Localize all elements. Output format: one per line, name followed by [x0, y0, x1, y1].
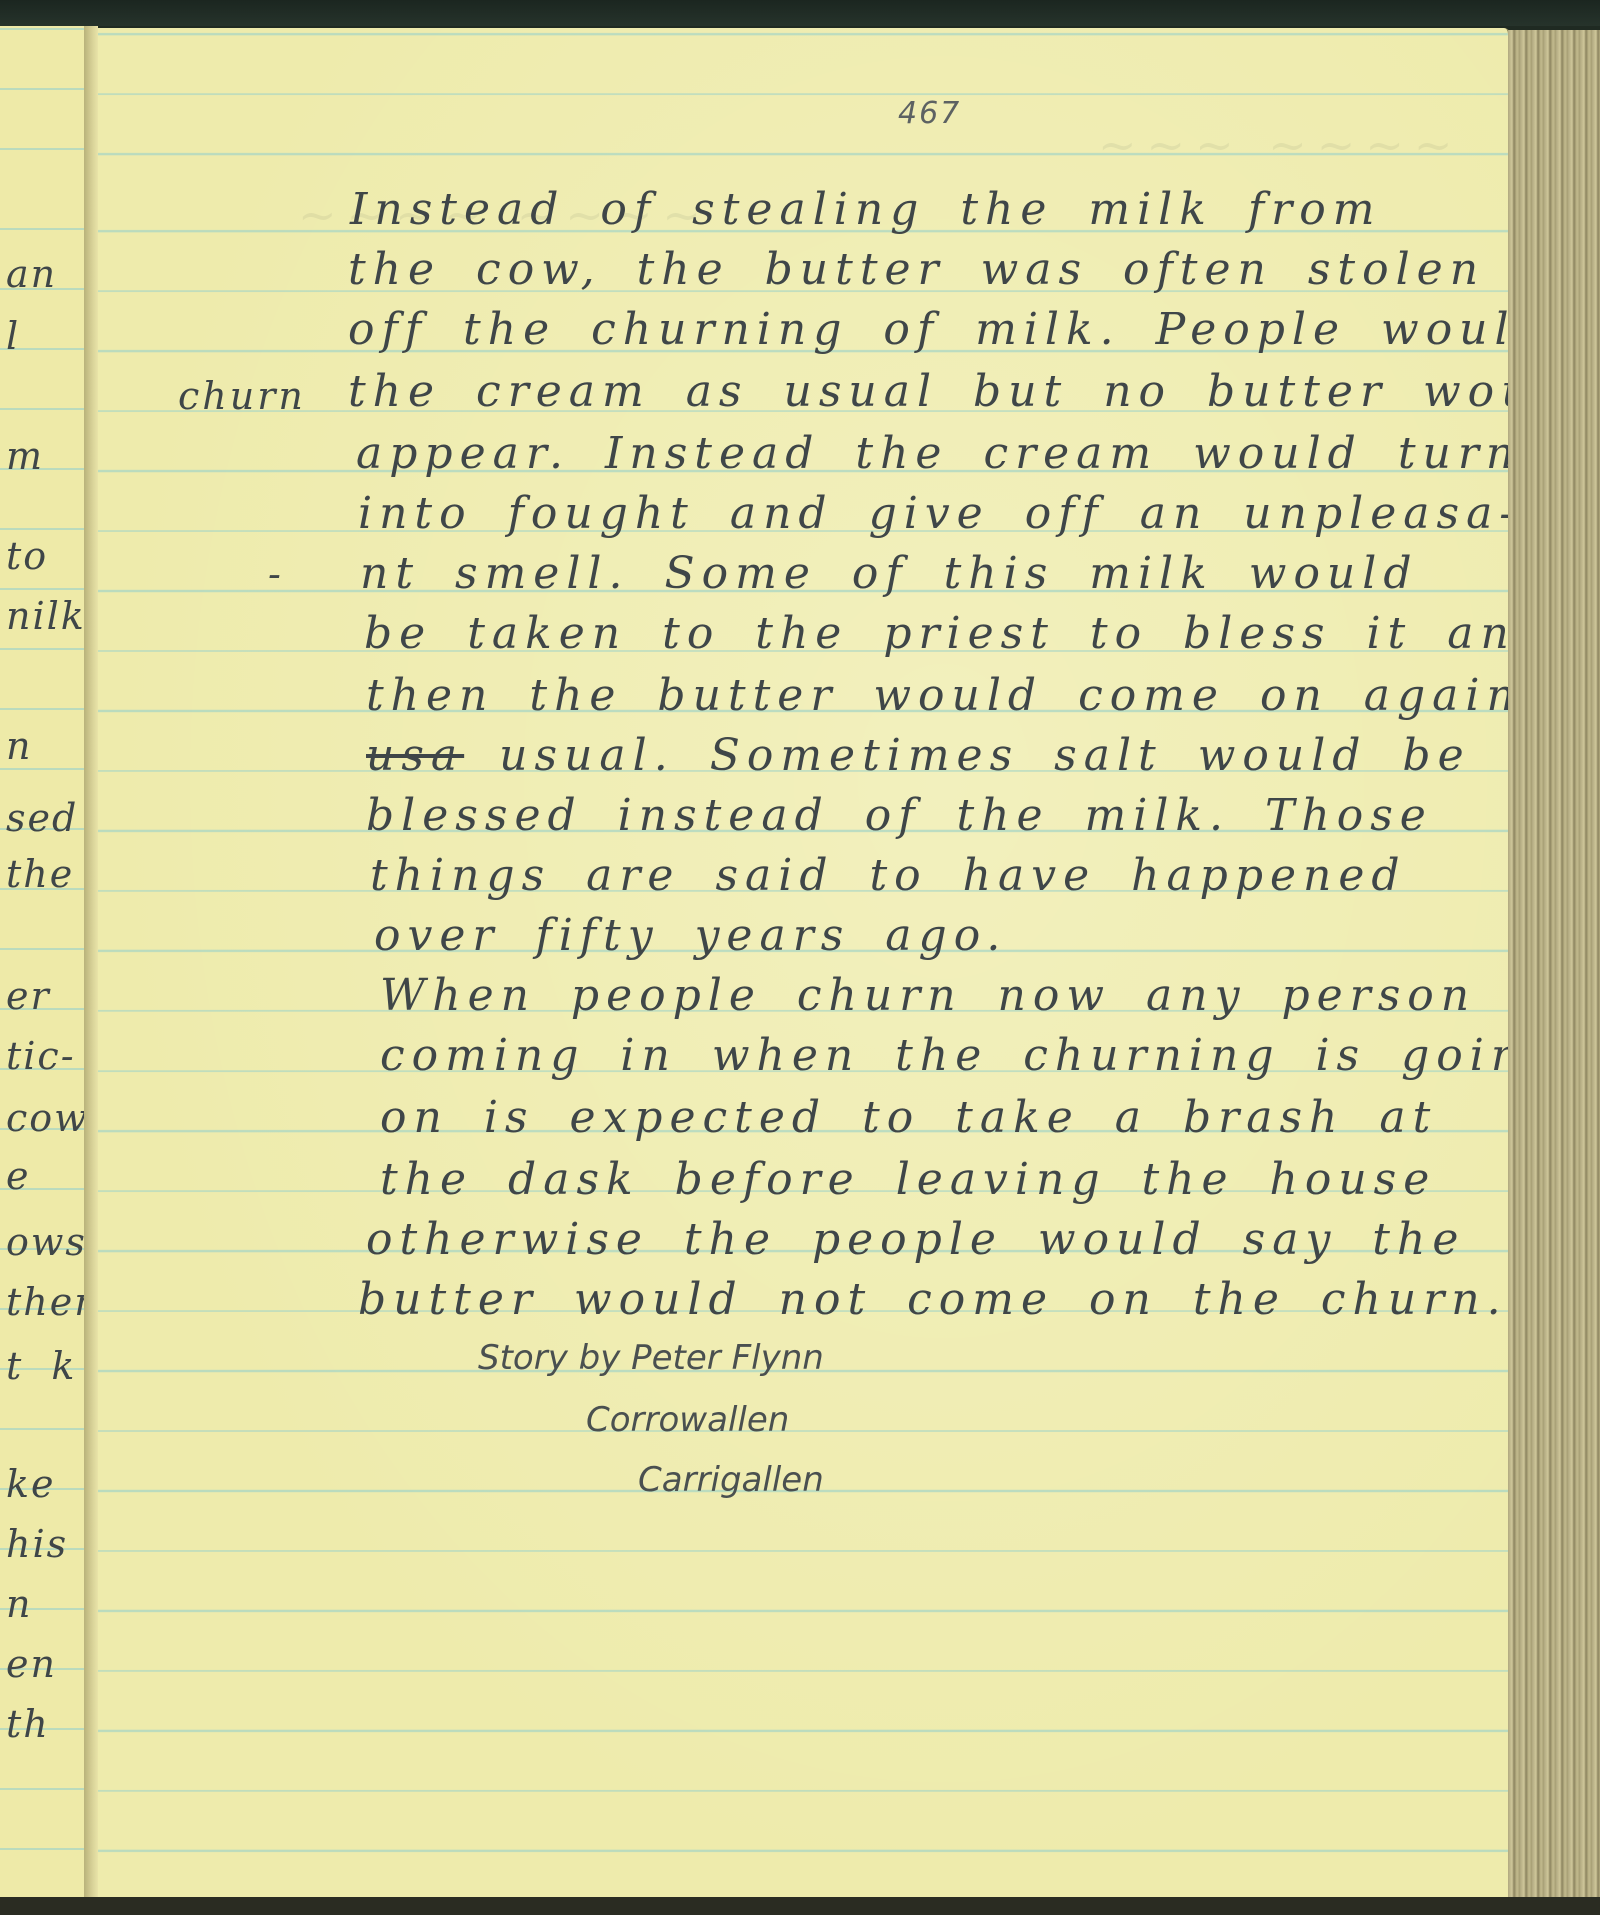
show-through-text: ~~~ ~~~~: [1098, 118, 1462, 172]
left-page-fragment: l: [6, 306, 20, 366]
text-line: be taken to the priest to bless it and: [364, 604, 1510, 664]
attribution-parish: Carrigallen: [638, 1460, 824, 1500]
left-page-fragment: th: [6, 1694, 50, 1754]
page-number: 467: [898, 96, 961, 131]
attribution-townland: Corrowallen: [586, 1400, 789, 1440]
text-line: things are said to have happened: [370, 846, 1407, 906]
stacked-page-edges: [1508, 30, 1600, 1900]
hyphen-mark: -: [268, 544, 284, 604]
left-page-fragment: n: [6, 1574, 32, 1634]
text-line: appear. Instead the cream would turn: [356, 424, 1510, 484]
text-line: blessed instead of the milk. Those: [366, 786, 1433, 846]
left-page-fragment: en: [6, 1634, 57, 1694]
left-page-fragment: an: [6, 244, 57, 304]
left-page-fragment: er: [6, 966, 51, 1026]
text-line: then the butter would come on again as: [366, 666, 1510, 726]
text-line: the dask before leaving the house: [380, 1150, 1436, 1210]
left-page-fragment: ke: [6, 1454, 56, 1514]
struck-word: usa: [366, 730, 464, 781]
text-line: coming in when the churning is going: [380, 1026, 1510, 1086]
text-line-remainder: usual. Sometimes salt would be: [499, 730, 1470, 781]
text-line: into fought and give off an unpleasa-: [358, 484, 1510, 544]
margin-note: churn: [178, 366, 306, 426]
text-line: When people churn now any person: [380, 966, 1476, 1026]
text-line: off the churning of milk. People would: [348, 300, 1510, 360]
text-line-with-strikethrough: usa usual. Sometimes salt would be: [366, 726, 1471, 786]
left-page-fragment: cow: [6, 1088, 86, 1148]
left-page-fragment: tic-: [6, 1026, 76, 1086]
text-line: otherwise the people would say the: [366, 1210, 1465, 1270]
book-cover-bottom-edge: [0, 1897, 1600, 1915]
left-page-fragment: the: [6, 844, 74, 904]
text-line: the cow, the butter was often stolen: [348, 240, 1485, 300]
text-line: on is expected to take a brash at: [380, 1088, 1437, 1148]
book-cover-top-edge: [0, 0, 1600, 26]
notebook-page: ~~~ ~~~~ ~~~~ ~~~~ 467 churn - Instead o…: [98, 28, 1510, 1907]
text-line: over fifty years ago.: [374, 906, 1007, 966]
left-page-fragment: nilk: [6, 586, 86, 646]
left-page-fragment: ows: [6, 1212, 86, 1272]
left-page-fragment: t k: [6, 1336, 76, 1396]
previous-page-margin: an l m to nilk n sed the er tic- cow e o…: [0, 26, 86, 1906]
left-page-fragment: his: [6, 1514, 68, 1574]
book-gutter: [84, 26, 98, 1906]
left-page-fragment: e: [6, 1146, 31, 1206]
text-line: the cream as usual but no butter would: [348, 362, 1510, 422]
left-page-fragment: sed: [6, 788, 78, 848]
text-line: Instead of stealing the milk from: [350, 180, 1381, 240]
left-page-fragment: them: [6, 1272, 86, 1332]
left-page-fragment: to: [6, 526, 48, 586]
text-line: butter would not come on the churn.: [358, 1270, 1508, 1330]
left-page-fragment: m: [6, 426, 44, 486]
attribution-author: Story by Peter Flynn: [478, 1338, 824, 1378]
text-line: nt smell. Some of this milk would: [360, 544, 1419, 604]
left-page-fragment: n: [6, 716, 32, 776]
